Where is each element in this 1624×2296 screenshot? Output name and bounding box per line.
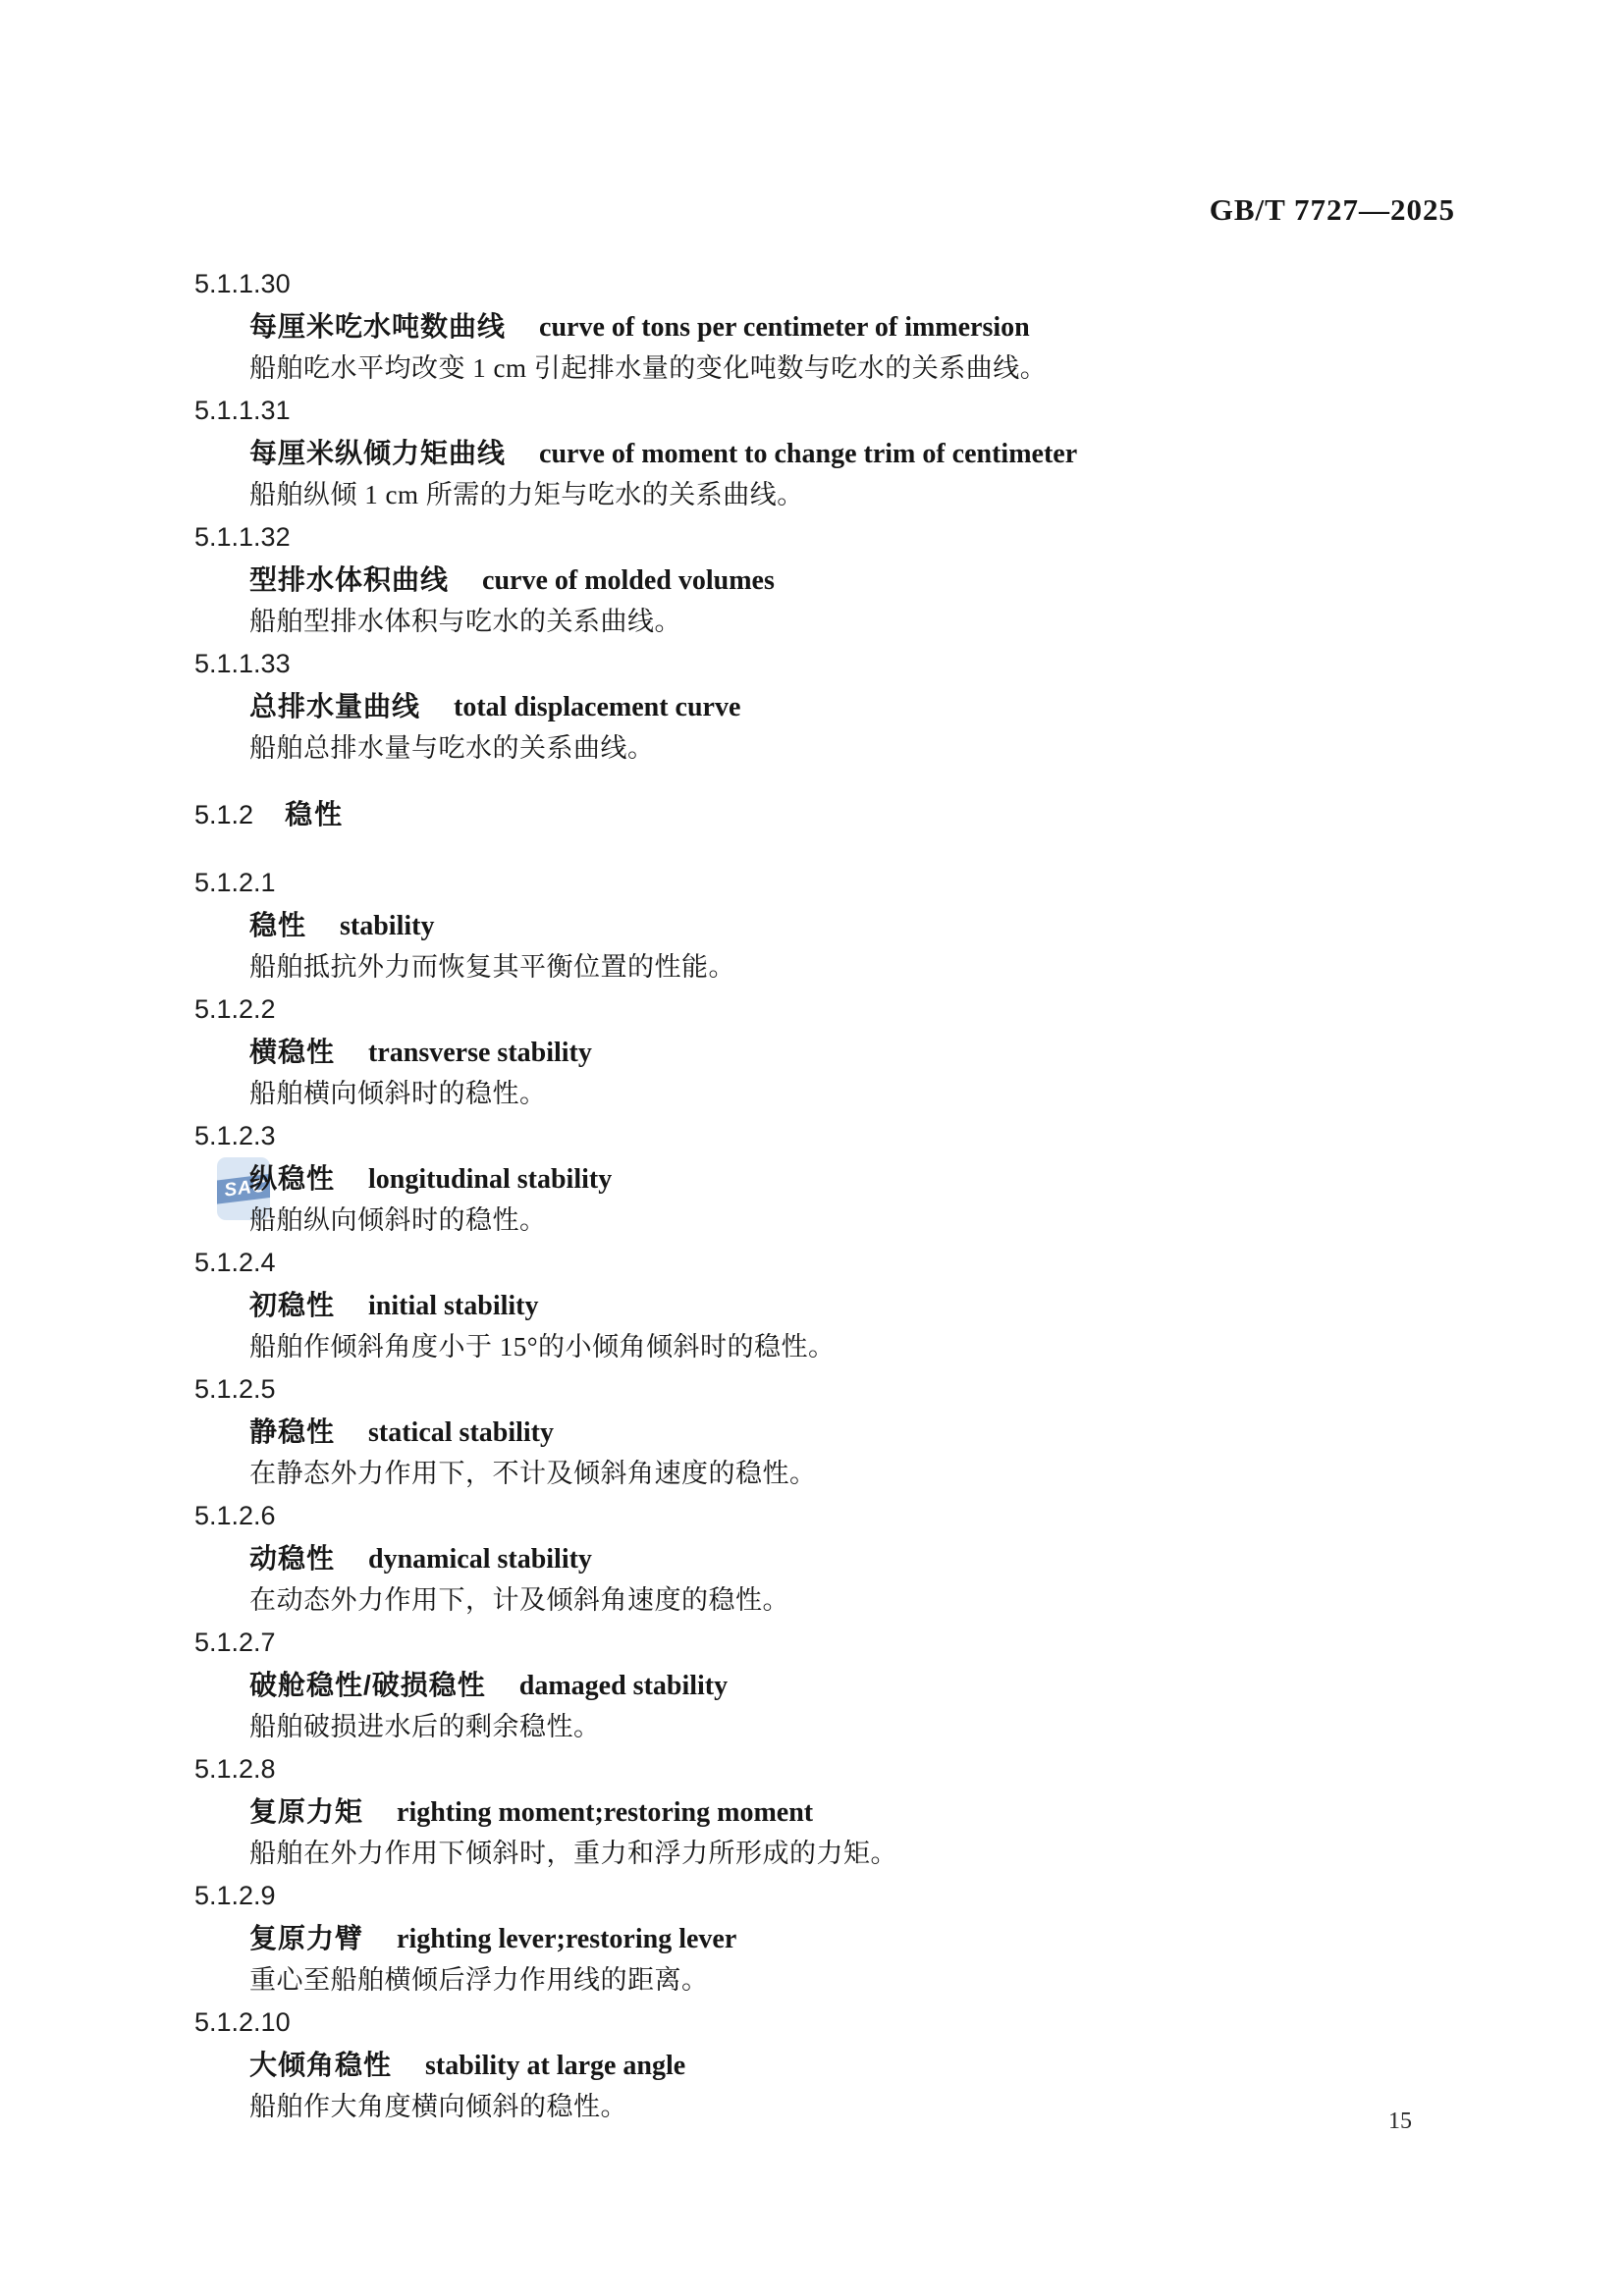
term-english: curve of moment to change trim of centim… [539,439,1077,469]
term-chinese: 动稳性 [249,1543,335,1574]
entry-definition: 船舶吃水平均改变 1 cm 引起排水量的变化吨数与吃水的关系曲线。 [194,347,1077,390]
entry-number: 5.1.1.31 [194,390,1077,432]
term-english: stability [340,911,434,941]
entry-term-line: 每厘米纵倾力矩曲线curve of moment to change trim … [194,432,1077,474]
term-english: damaged stability [519,1671,728,1701]
entry-number: 5.1.2.2 [194,988,1077,1031]
entry-definition: 在动态外力作用下，计及倾斜角速度的稳性。 [194,1579,1077,1622]
entry-number: 5.1.2.8 [194,1748,1077,1790]
entry-definition: 船舶总排水量与吃水的关系曲线。 [194,727,1077,770]
entry-number: 5.1.2.3 [194,1115,1077,1157]
term-english: stability at large angle [425,2051,685,2081]
entry-number: 5.1.2.9 [194,1875,1077,1917]
entry-term-line: 每厘米吃水吨数曲线curve of tons per centimeter of… [194,305,1077,347]
terminology-entry: 5.1.2.5 静稳性statical stability 在静态外力作用下，不… [194,1368,1077,1495]
term-chinese: 每厘米纵倾力矩曲线 [249,438,506,468]
entry-definition: 船舶作倾斜角度小于 15°的小倾角倾斜时的稳性。 [194,1326,1077,1368]
entry-term-line: 大倾角稳性stability at large angle [194,2044,1077,2086]
term-chinese: 复原力矩 [249,1796,363,1827]
entry-definition: 重心至船舶横倾后浮力作用线的距离。 [194,1959,1077,2002]
term-chinese: 静稳性 [249,1416,335,1447]
term-english: curve of tons per centimeter of immersio… [539,312,1030,343]
terminology-entry: 5.1.1.30 每厘米吃水吨数曲线curve of tons per cent… [194,263,1077,390]
entry-term-line: 稳性stability [194,904,1077,946]
entry-term-line: 复原力臂righting lever;restoring lever [194,1917,1077,1959]
entry-term-line: 纵稳性longitudinal stability [194,1157,1077,1200]
entry-number: 5.1.2.7 [194,1622,1077,1664]
term-chinese: 横稳性 [249,1037,335,1067]
entry-definition: 船舶抵抗外力而恢复其平衡位置的性能。 [194,946,1077,988]
entry-number: 5.1.1.33 [194,643,1077,685]
terminology-entry: 5.1.2.7 破舱稳性/破损稳性damaged stability 船舶破损进… [194,1622,1077,1748]
subsection-heading: 5.1.2稳性 [194,793,1077,835]
term-chinese: 复原力臂 [249,1923,363,1953]
term-chinese: 大倾角稳性 [249,2050,392,2080]
entry-definition: 船舶在外力作用下倾斜时，重力和浮力所形成的力矩。 [194,1833,1077,1875]
entry-definition: 在静态外力作用下，不计及倾斜角速度的稳性。 [194,1453,1077,1495]
term-chinese: 破舱稳性/破损稳性 [249,1670,486,1700]
entry-number: 5.1.2.6 [194,1495,1077,1537]
term-english: longitudinal stability [368,1164,612,1195]
entry-term-line: 型排水体积曲线curve of molded volumes [194,559,1077,601]
entry-number: 5.1.2.4 [194,1242,1077,1284]
terminology-entry: 5.1.2.8 复原力矩righting moment;restoring mo… [194,1748,1077,1875]
entry-definition: 船舶型排水体积与吃水的关系曲线。 [194,601,1077,643]
terminology-entry: 5.1.2.3 纵稳性longitudinal stability 船舶纵向倾斜… [194,1115,1077,1242]
entry-term-line: 初稳性initial stability [194,1284,1077,1326]
subsection-number: 5.1.2 [194,800,253,829]
term-english: dynamical stability [368,1544,592,1575]
entry-definition: 船舶纵倾 1 cm 所需的力矩与吃水的关系曲线。 [194,474,1077,516]
terminology-entry: 5.1.1.32 型排水体积曲线curve of molded volumes … [194,516,1077,643]
subsection-title: 稳性 [285,799,344,829]
terminology-entry: 5.1.2.10 大倾角稳性stability at large angle 船… [194,2002,1077,2128]
entry-term-line: 总排水量曲线total displacement curve [194,685,1077,727]
term-english: total displacement curve [454,692,740,722]
term-english: curve of molded volumes [482,565,775,596]
entry-definition: 船舶作大角度横向倾斜的稳性。 [194,2086,1077,2128]
entry-number: 5.1.2.10 [194,2002,1077,2044]
term-english: transverse stability [368,1038,592,1068]
entry-number: 5.1.1.32 [194,516,1077,559]
terminology-entry: 5.1.2.6 动稳性dynamical stability 在动态外力作用下，… [194,1495,1077,1622]
terminology-list: 5.1.1.30 每厘米吃水吨数曲线curve of tons per cent… [194,263,1077,2128]
terminology-entry: 5.1.1.31 每厘米纵倾力矩曲线curve of moment to cha… [194,390,1077,516]
entry-term-line: 横稳性transverse stability [194,1031,1077,1073]
term-chinese: 型排水体积曲线 [249,564,449,595]
entry-definition: 船舶纵向倾斜时的稳性。 [194,1200,1077,1242]
term-english: statical stability [368,1417,554,1448]
entry-term-line: 静稳性statical stability [194,1411,1077,1453]
terminology-entry: 5.1.1.33 总排水量曲线total displacement curve … [194,643,1077,770]
term-chinese: 稳性 [249,910,306,940]
terminology-entry: 5.1.2.9 复原力臂righting lever;restoring lev… [194,1875,1077,2002]
entry-number: 5.1.2.5 [194,1368,1077,1411]
terminology-entry: 5.1.2.2 横稳性transverse stability 船舶横向倾斜时的… [194,988,1077,1115]
document-page: GB/T 7727—2025 SAC 5.1.1.30 每厘米吃水吨数曲线cur… [0,0,1624,2296]
term-chinese: 总排水量曲线 [249,691,420,721]
entry-term-line: 破舱稳性/破损稳性damaged stability [194,1664,1077,1706]
entry-definition: 船舶横向倾斜时的稳性。 [194,1073,1077,1115]
term-english: initial stability [368,1291,538,1321]
term-english: righting moment;restoring moment [397,1797,813,1828]
term-english: righting lever;restoring lever [397,1924,736,1954]
terminology-entry: 5.1.2.4 初稳性initial stability 船舶作倾斜角度小于 1… [194,1242,1077,1368]
entry-term-line: 动稳性dynamical stability [194,1537,1077,1579]
entry-number: 5.1.1.30 [194,263,1077,305]
term-chinese: 初稳性 [249,1290,335,1320]
page-number: 15 [1388,2109,1412,2135]
terminology-entry: 5.1.2.1 稳性stability 船舶抵抗外力而恢复其平衡位置的性能。 [194,862,1077,988]
term-chinese: 纵稳性 [249,1163,335,1194]
entry-definition: 船舶破损进水后的剩余稳性。 [194,1706,1077,1748]
standard-code: GB/T 7727—2025 [1210,192,1455,228]
entry-term-line: 复原力矩righting moment;restoring moment [194,1790,1077,1833]
term-chinese: 每厘米吃水吨数曲线 [249,311,506,342]
entry-number: 5.1.2.1 [194,862,1077,904]
